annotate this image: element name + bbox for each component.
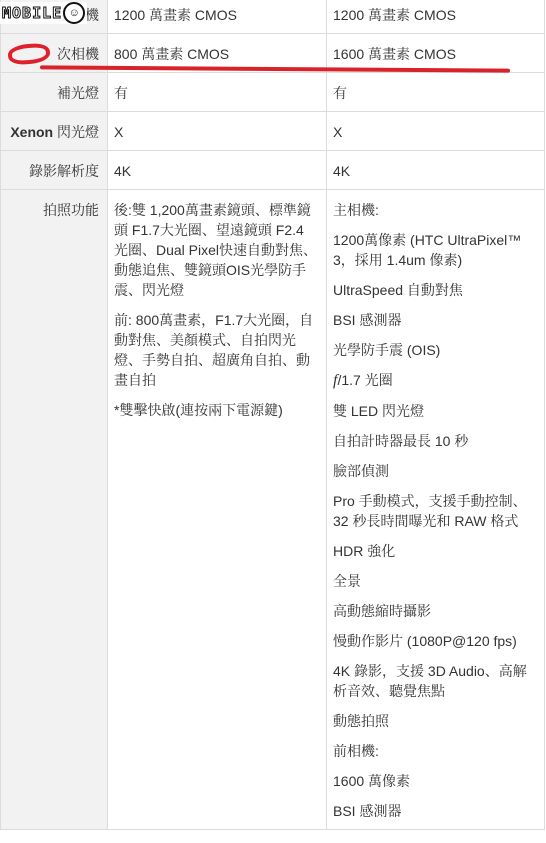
- feature-paragraph: 後:雙 1,200萬畫素鏡頭、標準鏡頭 F1.7大光圈、望遠鏡頭 F2.4 光圈…: [114, 200, 320, 300]
- cell-phone-a: 4K: [108, 151, 327, 190]
- feature-item: 慢動作影片 (1080P@120 fps): [333, 631, 538, 651]
- row-label-latin: Xenon: [10, 124, 53, 140]
- feature-item: 光學防手震 (OIS): [333, 340, 538, 360]
- feature-item: 高動態縮時攝影: [333, 601, 538, 621]
- cell-phone-b: X: [327, 112, 545, 151]
- feature-paragraph: *雙擊快啟(連按兩下電源鍵): [114, 400, 320, 420]
- feature-item: BSI 感測器: [333, 310, 538, 330]
- feature-item: BSI 感測器: [333, 801, 538, 821]
- cell-phone-a: X: [108, 112, 327, 151]
- mobile01-watermark-logo: MOBILE ☺: [0, 2, 87, 24]
- row-label-cjk: 閃光燈: [57, 124, 99, 140]
- cat-face-icon: ☺: [63, 2, 85, 24]
- table-row-video-resolution: 錄影解析度 4K 4K: [1, 151, 545, 190]
- feature-item: 雙 LED 閃光燈: [333, 401, 538, 421]
- row-label: Xenon 閃光燈: [1, 112, 108, 151]
- feature-item: 1600 萬像素: [333, 771, 538, 791]
- feature-item: 主相機:: [333, 200, 538, 220]
- feature-item: 4K 錄影，支援 3D Audio、高解析音效、聽覺焦點: [333, 661, 538, 701]
- row-label: 錄影解析度: [1, 151, 108, 190]
- feature-item: 動態拍照: [333, 711, 538, 731]
- feature-item: UltraSpeed 自動對焦: [333, 280, 538, 300]
- feature-item-aperture: f/1.7 光圈: [333, 370, 538, 391]
- cell-phone-b: 主相機: 1200萬像素 (HTC UltraPixel™ 3，採用 1.4um…: [327, 190, 545, 830]
- feature-item: Pro 手動模式，支援手動控制、32 秒長時間曝光和 RAW 格式: [333, 491, 538, 531]
- table-row-fill-light: 補光燈 有 有: [1, 73, 545, 112]
- feature-item: 1200萬像素 (HTC UltraPixel™ 3，採用 1.4um 像素): [333, 230, 538, 270]
- table-row-camera-features: 拍照功能 後:雙 1,200萬畫素鏡頭、標準鏡頭 F1.7大光圈、望遠鏡頭 F2…: [1, 190, 545, 830]
- feature-item: 前相機:: [333, 741, 538, 761]
- feature-item: HDR 強化: [333, 541, 538, 561]
- cell-phone-b: 1200 萬畫素 CMOS: [327, 0, 545, 34]
- row-label: 補光燈: [1, 73, 108, 112]
- cell-phone-b: 4K: [327, 151, 545, 190]
- cell-phone-a: 有: [108, 73, 327, 112]
- cell-phone-a: 後:雙 1,200萬畫素鏡頭、標準鏡頭 F1.7大光圈、望遠鏡頭 F2.4 光圈…: [108, 190, 327, 830]
- feature-item: 臉部偵測: [333, 461, 538, 481]
- feature-item: 全景: [333, 571, 538, 591]
- feature-paragraph: 前: 800萬畫素，F1.7大光圈，自動對焦、美顏模式、自拍閃光燈、手勢自拍、超…: [114, 310, 320, 390]
- row-label: 拍照功能: [1, 190, 108, 830]
- cell-phone-a: 1200 萬畫素 CMOS: [108, 0, 327, 34]
- spec-comparison-table: 主相機 1200 萬畫素 CMOS 1200 萬畫素 CMOS 次相機 800 …: [0, 0, 545, 830]
- table-row-xenon-flash: Xenon 閃光燈 X X: [1, 112, 545, 151]
- feature-item: 自拍計時器最長 10 秒: [333, 431, 538, 451]
- logo-text: MOBILE: [2, 4, 62, 22]
- cell-phone-b: 有: [327, 73, 545, 112]
